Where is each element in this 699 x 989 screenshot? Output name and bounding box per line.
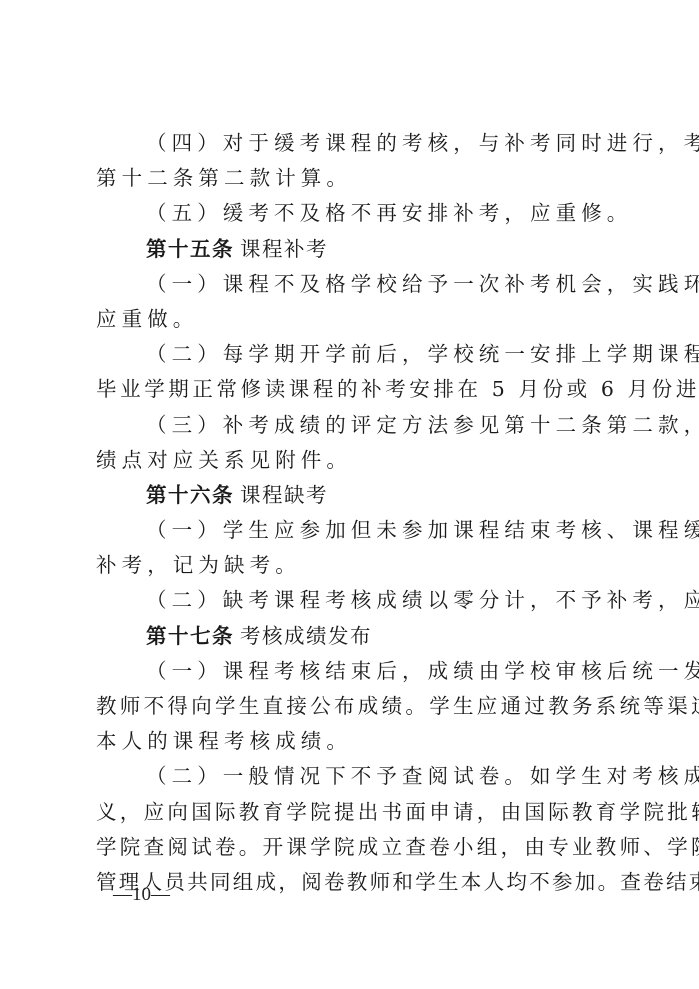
paragraph-line: 应重做。: [96, 302, 610, 337]
paragraph-line: 学院查阅试卷。开课学院成立查卷小组，由专业教师、学院教学: [96, 830, 610, 865]
paragraph-line: （一）课程考核结束后，成绩由学校审核后统一发布。任课: [96, 654, 610, 689]
paragraph-line: （一）课程不及格学校给予一次补考机会，实践环节不及格: [96, 267, 610, 302]
paragraph-line: （三）补考成绩的评定方法参见第十二条第二款，其与课程: [96, 408, 610, 443]
paragraph-line: （二）每学期开学前后，学校统一安排上学期课程的补考；: [96, 337, 610, 372]
article-heading: 第十六条课程缺考: [96, 478, 610, 513]
paragraph-line: 绩点对应关系见附件。: [96, 443, 610, 478]
paragraph-line: （二）一般情况下不予查阅试卷。如学生对考核成绩确有疑: [96, 759, 610, 794]
paragraph-line: （四）对于缓考课程的考核，与补考同时进行，考核成绩按: [96, 126, 610, 161]
article-number: 第十七条: [146, 624, 234, 648]
paragraph-line: （一）学生应参加但未参加课程结束考核、课程缓考或课程: [96, 513, 610, 548]
article-number: 第十五条: [146, 237, 234, 261]
article-title: 课程缺考: [240, 483, 328, 507]
paragraph-line: 管理人员共同组成，阅卷教师和学生本人均不参加。查卷结束后，: [96, 865, 610, 900]
paragraph-line: 补考，记为缺考。: [96, 548, 610, 583]
page-number: —10—: [113, 884, 170, 906]
article-title: 考核成绩发布: [240, 624, 372, 648]
paragraph-line: 本人的课程考核成绩。: [96, 724, 610, 759]
paragraph-line: 第十二条第二款计算。: [96, 161, 610, 196]
article-number: 第十六条: [146, 483, 234, 507]
paragraph-line: 教师不得向学生直接公布成绩。学生应通过教务系统等渠道查询: [96, 689, 610, 724]
article-heading: 第十七条考核成绩发布: [96, 619, 610, 654]
paragraph-line: 毕业学期正常修读课程的补考安排在 5 月份或 6 月份进行。: [96, 372, 610, 407]
paragraph-line: （五）缓考不及格不再安排补考，应重修。: [96, 196, 610, 231]
article-heading: 第十五条课程补考: [96, 232, 610, 267]
document-page-body: （四）对于缓考课程的考核，与补考同时进行，考核成绩按 第十二条第二款计算。 （五…: [96, 126, 610, 900]
paragraph-line: （二）缺考课程考核成绩以零分计，不予补考，应重修。: [96, 583, 610, 618]
article-title: 课程补考: [240, 237, 328, 261]
paragraph-line: 义，应向国际教育学院提出书面申请，由国际教育学院批转开课: [96, 795, 610, 830]
